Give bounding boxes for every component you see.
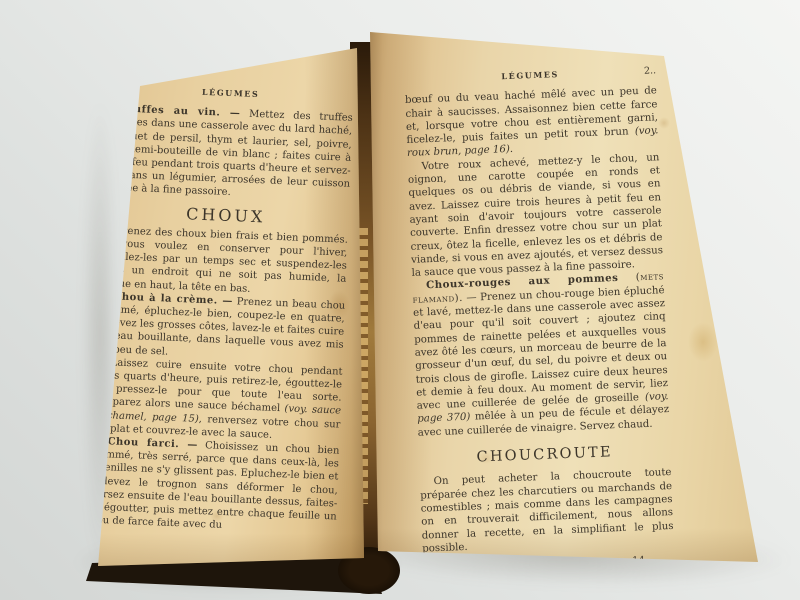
paragraph-farce-continuation: bœuf ou du veau haché mêlé avec un peu d…: [405, 85, 659, 161]
book-photo-scene: 208 LÉGUMES Truffes au vin. — Mettez des…: [0, 0, 800, 600]
right-header-spacer: [404, 81, 446, 83]
paper-stain: [688, 322, 718, 362]
recipe-title-chou-farci: Chou farci. —: [107, 436, 198, 451]
paragraph-chou-farci: Chou farci. — Choisissez un chou bien po…: [90, 435, 340, 537]
paragraph-choux-rouges: Choux-rouges aux pommes (mets flamand). …: [412, 271, 670, 440]
right-running-title: LÉGUMES: [446, 66, 614, 86]
right-page: LÉGUMES 2.. bœuf ou du veau haché mêlé a…: [358, 22, 768, 578]
left-page-header: 208 LÉGUMES: [107, 82, 353, 105]
left-header-spacer: [311, 99, 353, 101]
left-page-text-block: 208 LÉGUMES Truffes au vin. — Mettez des…: [90, 82, 354, 537]
right-page-number: 2..: [614, 64, 656, 79]
left-page: 208 LÉGUMES Truffes au vin. — Mettez des…: [90, 40, 380, 588]
right-page-text-block: LÉGUMES 2.. bœuf ou du veau haché mêlé a…: [404, 64, 675, 576]
paragraph-choux-intro: Prenez des choux bien frais et bien pomm…: [100, 224, 348, 300]
paragraph-laissez-cuire: Laissez cuire ensuite votre chou pendant…: [94, 356, 343, 445]
right-page-header: LÉGUMES 2..: [404, 64, 656, 87]
section-heading-choux: CHOUX: [103, 204, 349, 227]
paragraph-choucroute-intro: On peut acheter la choucroute toute prép…: [419, 466, 674, 555]
paragraph-votre-roux: Votre roux achevé, mettez-y le chou, un …: [407, 151, 663, 280]
left-running-title: LÉGUMES: [149, 84, 311, 104]
section-heading-choucroute: CHOUCROUTE: [419, 444, 671, 467]
paragraph-chou-a-la-creme: Chou à la crème. — Prenez un beau chou p…: [97, 290, 345, 366]
paper-stain: [658, 117, 670, 129]
left-page-number: 208: [107, 82, 149, 97]
paragraph-truffes-au-vin: Truffes au vin. — Mettez des truffes ent…: [103, 102, 353, 204]
